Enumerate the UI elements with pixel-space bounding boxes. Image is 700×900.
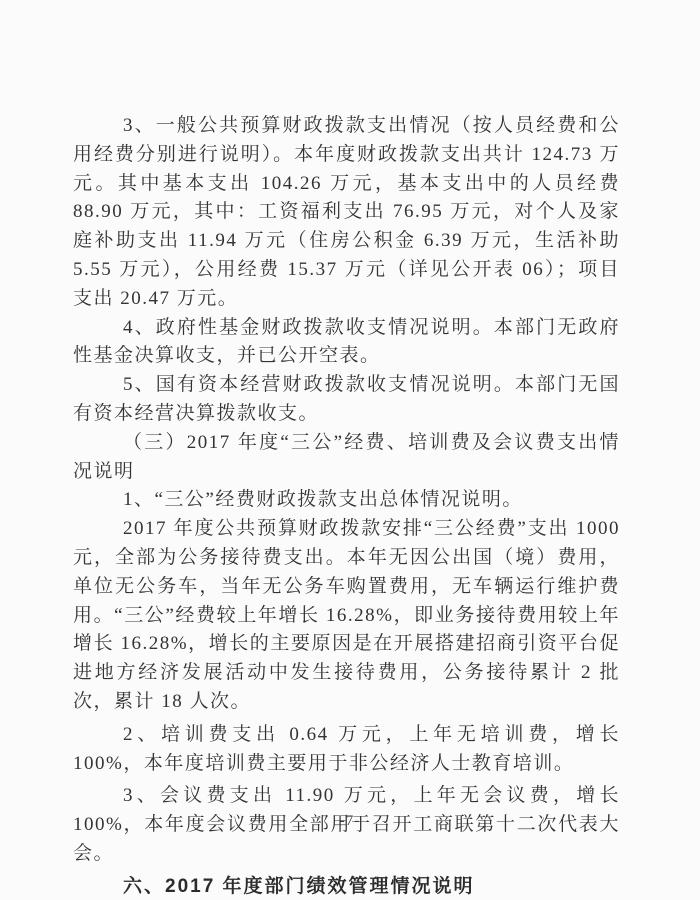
para-training-fee: 2、培训费支出 0.64 万元，上年无培训费，增长 100%，本年度培训费主要用… [73,721,620,779]
document-body: 3、一般公共预算财政拨款支出情况（按人员经费和公用经费分别进行说明）。本年度财政… [73,112,620,900]
page-number: -7- [0,813,700,830]
para-sangong-detail: 2017 年度公共预算财政拨款安排“三公经费”支出 1000 元，全部为公务接待… [73,515,620,717]
para-section-three-title: （三）2017 年度“三公”经费、培训费及会议费支出情况说明 [73,429,620,487]
section-heading-performance: 六、2017 年度部门绩效管理情况说明 [73,873,620,900]
para-government-fund: 4、政府性基金财政拨款收支情况说明。本部门无政府性基金决算收支，并已公开空表。 [73,314,620,372]
para-general-public-budget-expenditure: 3、一般公共预算财政拨款支出情况（按人员经费和公用经费分别进行说明）。本年度财政… [73,112,620,314]
document-page: 3、一般公共预算财政拨款支出情况（按人员经费和公用经费分别进行说明）。本年度财政… [0,0,700,900]
para-state-capital: 5、国有资本经营财政拨款收支情况说明。本部门无国有资本经营决算拨款收支。 [73,371,620,429]
para-sangong-overview-title: 1、“三公”经费财政拨款支出总体情况说明。 [73,486,620,515]
